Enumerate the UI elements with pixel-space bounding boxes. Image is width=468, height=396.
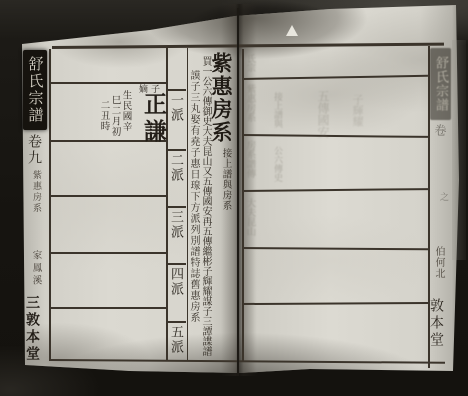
- genealogy-book-scan: 舒氏宗譜 卷九 紫惠房系 家鳳溪 三敦本堂 嫡子 正謙 生民國辛 巳二月初 二丑…: [0, 0, 468, 396]
- right-spine-hall: 敦本堂: [429, 298, 443, 349]
- generation-divider: [168, 149, 186, 151]
- left-page-left-border: [49, 49, 51, 361]
- bleed-through-text: 紫惠房系: [245, 84, 255, 122]
- entry-birth-column: 二丑時: [99, 100, 109, 132]
- entry-birth-column: 巳二月初: [110, 95, 120, 137]
- generation-divider: [168, 206, 186, 208]
- generation-label: 二派: [169, 153, 182, 183]
- right-spine-book-title: 舒氏宗譜: [434, 56, 447, 112]
- generation-divider: [168, 321, 186, 323]
- spine-holder: 家鳳溪: [31, 250, 41, 288]
- bleed-through-text: 房系譜傳: [245, 140, 255, 178]
- right-spine-volume: 卷: [434, 124, 446, 136]
- spine-hall-name: 三敦本堂: [25, 295, 39, 363]
- generation-divider: [168, 89, 186, 91]
- bleed-through-text: 子輝耀: [352, 94, 363, 127]
- left-row-line: [50, 307, 167, 309]
- bleed-through-text: 接上譜與: [272, 92, 281, 128]
- spine-branch: 紫惠房系: [31, 170, 40, 214]
- right-spine-mark: 之: [438, 192, 447, 201]
- entry-name: 正謙: [141, 92, 164, 146]
- generation-label: 五派: [169, 325, 182, 355]
- spine-book-title: 舒氏宗譜: [28, 56, 43, 124]
- right-spine-title-label: 舒氏宗譜: [430, 48, 451, 120]
- branch-title: 紫惠房系: [210, 52, 231, 144]
- entry-birth-column: 生民國辛: [121, 90, 131, 132]
- right-spine-place: 伯何北: [433, 246, 443, 279]
- bleed-through-text: 五傳國安: [317, 90, 329, 138]
- page-edge-highlight: [452, 40, 466, 260]
- generation-divider: [168, 263, 186, 265]
- generation-label: 三派: [169, 210, 182, 240]
- left-row-line: [50, 252, 167, 254]
- generation-label: 四派: [169, 267, 182, 297]
- triangle-marker-icon: [286, 25, 298, 36]
- left-row-line: [50, 195, 167, 197]
- bleed-through-text: 大夫昆山: [245, 198, 255, 236]
- branch-body-column-left: 謨子三丸娶有堯子惠日瑔下方派列別譜特誌舊惠房系: [188, 70, 198, 323]
- generation-label: 一派: [169, 93, 182, 123]
- right-page-left-border: [242, 49, 244, 362]
- spine-title-label: 舒氏宗譜: [23, 50, 47, 130]
- bleed-through-text: 氏宗: [245, 54, 254, 72]
- spine-volume: 卷九: [27, 134, 41, 166]
- gutter-line: [237, 8, 239, 376]
- bleed-through-text: 公六傳史: [272, 146, 281, 182]
- branch-subtitle: 接上譜與房系: [221, 148, 231, 211]
